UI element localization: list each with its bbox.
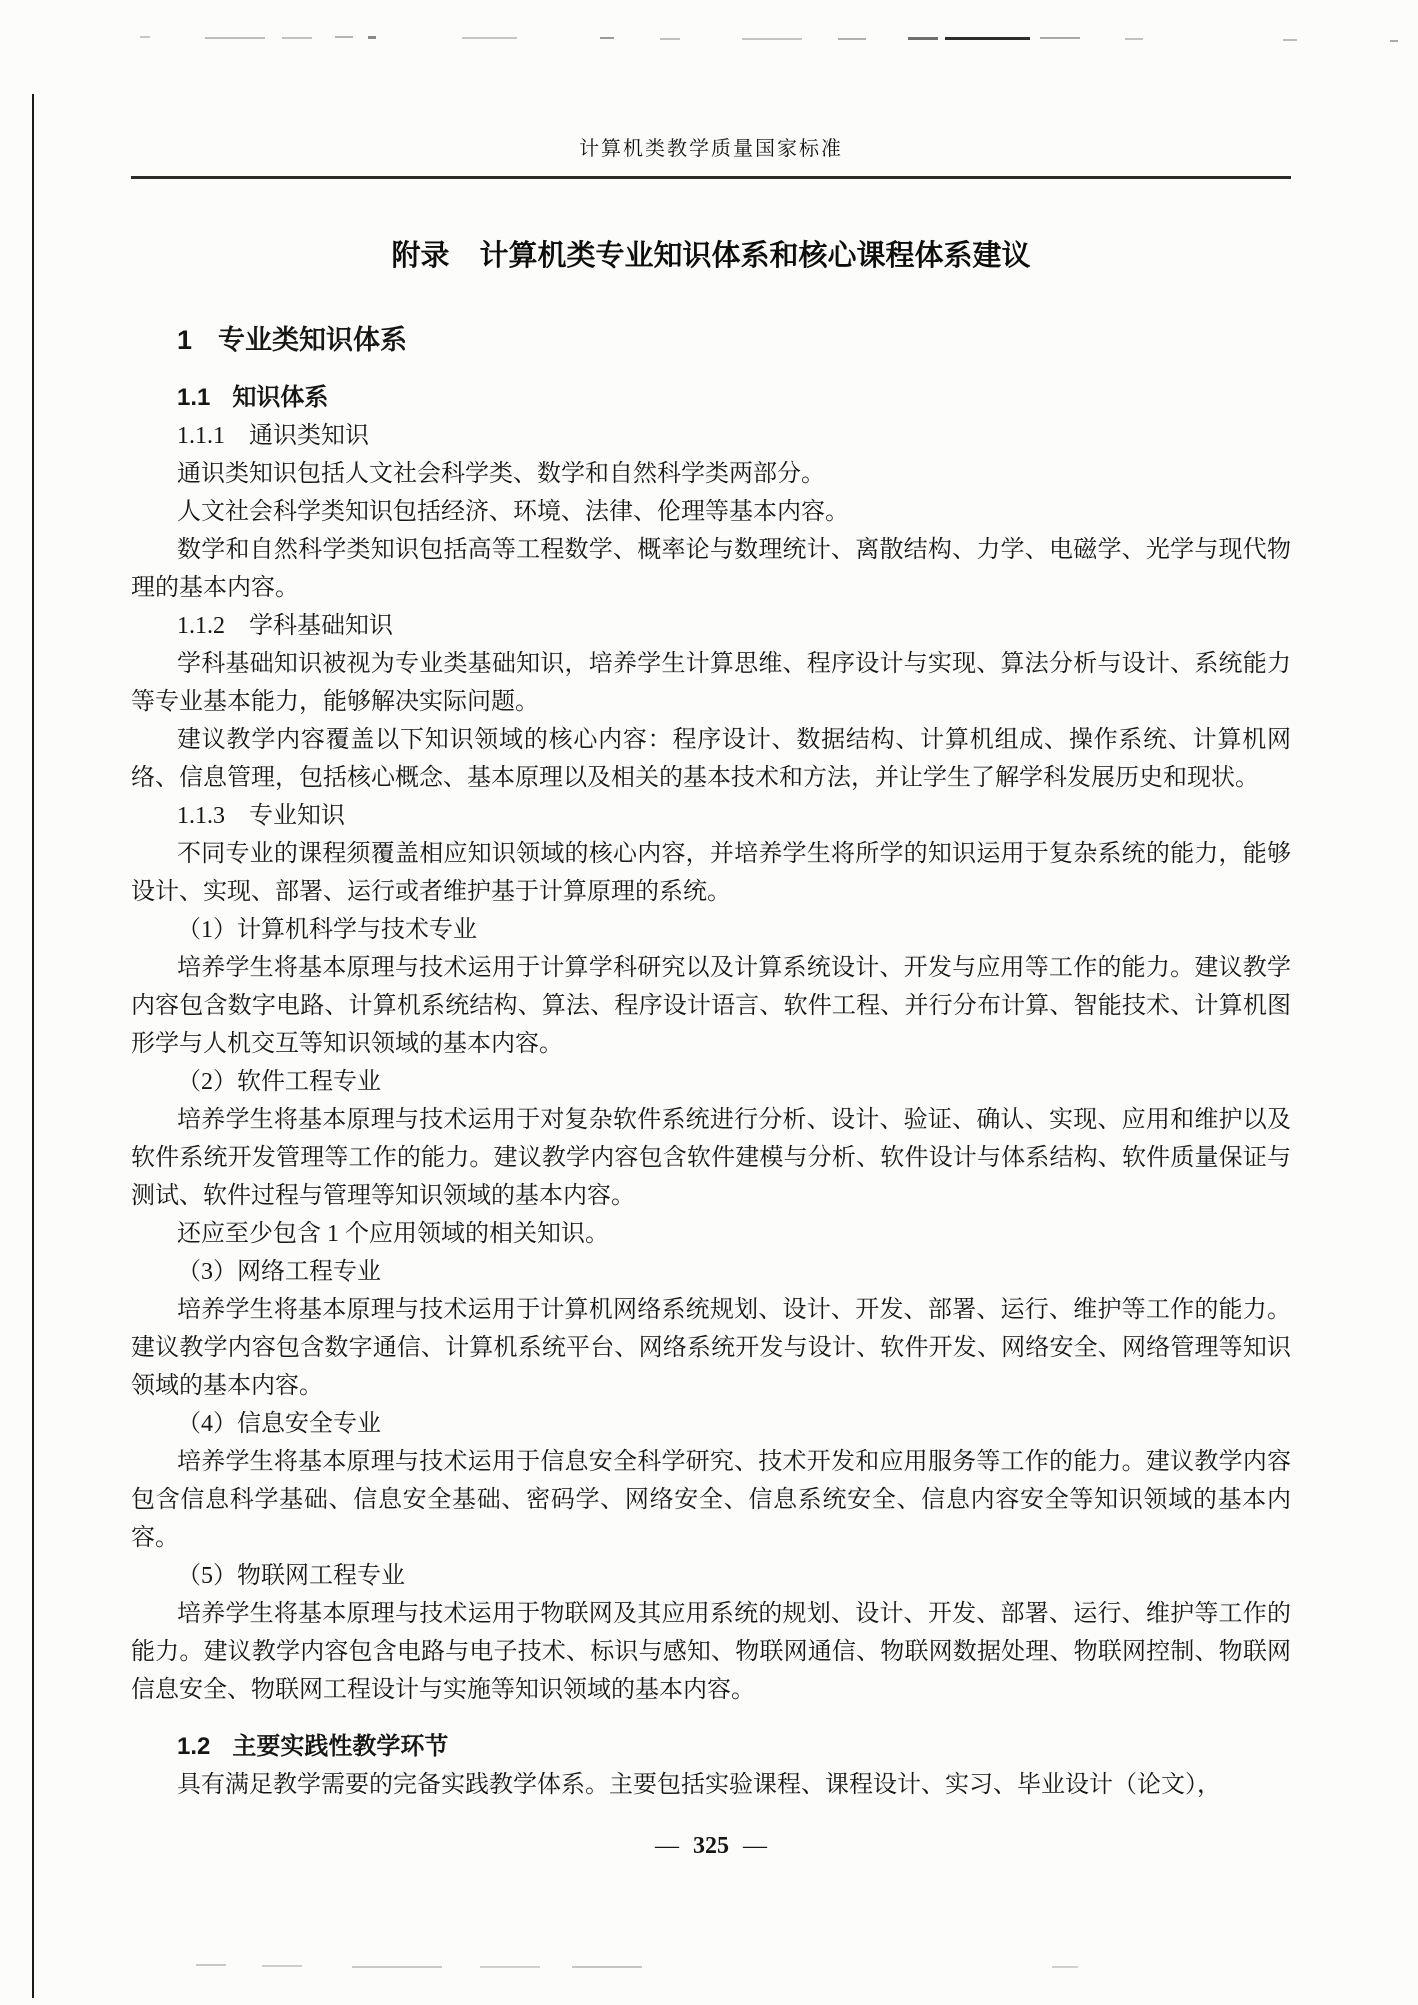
section-heading-1: 1专业类知识体系 [177,320,1291,360]
paragraph: 人文社会科学类知识包括经济、环境、法律、伦理等基本内容。 [131,493,1291,531]
scan-artifact-dash [335,36,353,38]
section-number: 1.1.2 [177,613,225,639]
header-divider [131,176,1291,179]
scan-artifact-dash [1390,40,1398,42]
section-number: 1.1.3 [177,803,225,829]
scan-artifact-dash [742,38,802,40]
scan-artifact-dash [1040,37,1080,39]
section-title: 专业类知识体系 [218,325,407,355]
section-number: 1.1.1 [177,423,225,449]
paragraph: 培养学生将基本原理与技术运用于信息安全科学研究、技术开发和应用服务等工作的能力。… [131,1443,1291,1557]
page-body: 计算机类教学质量国家标准 附录计算机类专业知识体系和核心课程体系建议 1专业类知… [131,136,1291,1804]
section-heading-1-2: 1.2主要实践性教学环节 [177,1728,1291,1766]
paragraph: 建议教学内容覆盖以下知识领域的核心内容：程序设计、数据结构、计算机组成、操作系统… [131,721,1291,797]
section-heading-1-1-2: 1.1.2学科基础知识 [177,607,1291,645]
paragraph: 还应至少包含 1 个应用领域的相关知识。 [131,1215,1291,1253]
subsection-heading-5: （5）物联网工程专业 [177,1557,1291,1595]
scan-artifact-dash [1283,39,1297,41]
section-heading-1-1-1: 1.1.1通识类知识 [177,417,1291,455]
scan-artifact-dash [140,36,150,38]
scan-artifact-dash [480,1966,540,1968]
paragraph: 具有满足教学需要的完备实践教学体系。主要包括实验课程、课程设计、实习、毕业设计（… [131,1766,1291,1804]
page-footer: —325— [131,1827,1291,1865]
section-heading-1-1: 1.1知识体系 [177,379,1291,417]
section-title: 主要实践性教学环节 [232,1733,448,1760]
section-title: 专业知识 [249,803,345,829]
section-number: 1 [177,325,192,355]
scan-artifact-left-line [32,94,34,1998]
section-title: 学科基础知识 [249,613,393,639]
footer-dash-left: — [655,1833,679,1859]
paragraph: 培养学生将基本原理与技术运用于对复杂软件系统进行分析、设计、验证、确认、实现、应… [131,1101,1291,1215]
scan-artifact-dash [660,38,680,40]
scan-artifact-dash [945,37,1030,40]
page-number: 325 [693,1833,729,1859]
paragraph: 培养学生将基本原理与技术运用于物联网及其应用系统的规划、设计、开发、部署、运行、… [131,1595,1291,1709]
section-title: 知识体系 [232,384,328,411]
subsection-heading-4: （4）信息安全专业 [177,1405,1291,1443]
scan-artifact-dash [462,37,517,39]
scan-artifact-dash [572,1966,642,1968]
running-header: 计算机类教学质量国家标准 [131,136,1291,162]
document-title: 附录计算机类专业知识体系和核心课程体系建议 [131,233,1291,279]
subsection-heading-1: （1）计算机科学与技术专业 [177,911,1291,949]
paragraph: 不同专业的课程须覆盖相应知识领域的核心内容，并培养学生将所学的知识运用于复杂系统… [131,835,1291,911]
document-title-text: 计算机类专业知识体系和核心课程体系建议 [480,240,1031,272]
section-number: 1.2 [177,1733,210,1760]
scan-artifact-dash [282,37,312,39]
paragraph: 培养学生将基本原理与技术运用于计算学科研究以及计算系统设计、开发与应用等工作的能… [131,949,1291,1063]
subsection-heading-2: （2）软件工程专业 [177,1063,1291,1101]
paragraph: 培养学生将基本原理与技术运用于计算机网络系统规划、设计、开发、部署、运行、维护等… [131,1291,1291,1405]
scan-artifact-dash [262,1965,302,1967]
scan-artifact-dash [600,37,614,39]
paragraph: 数学和自然科学类知识包括高等工程数学、概率论与数理统计、离散结构、力学、电磁学、… [131,531,1291,607]
scan-artifact-dash [1052,1966,1078,1968]
document-title-label: 附录 [391,240,449,272]
subsection-heading-3: （3）网络工程专业 [177,1253,1291,1291]
scan-artifact-dash [205,37,265,39]
paragraph: 学科基础知识被视为专业类基础知识，培养学生计算思维、程序设计与实现、算法分析与设… [131,645,1291,721]
scan-artifact-dash [908,37,938,40]
section-number: 1.1 [177,384,210,411]
footer-dash-right: — [743,1833,767,1859]
scan-artifact-dash [838,38,866,40]
scanned-document-page: 计算机类教学质量国家标准 附录计算机类专业知识体系和核心课程体系建议 1专业类知… [0,0,1418,2005]
scan-artifact-dash [368,36,376,39]
section-title: 通识类知识 [249,423,369,449]
paragraph: 通识类知识包括人文社会科学类、数学和自然科学类两部分。 [131,455,1291,493]
scan-artifact-dash [196,1964,226,1966]
section-heading-1-1-3: 1.1.3专业知识 [177,797,1291,835]
scan-artifact-dash [1125,38,1143,40]
scan-artifact-dash [352,1966,442,1968]
